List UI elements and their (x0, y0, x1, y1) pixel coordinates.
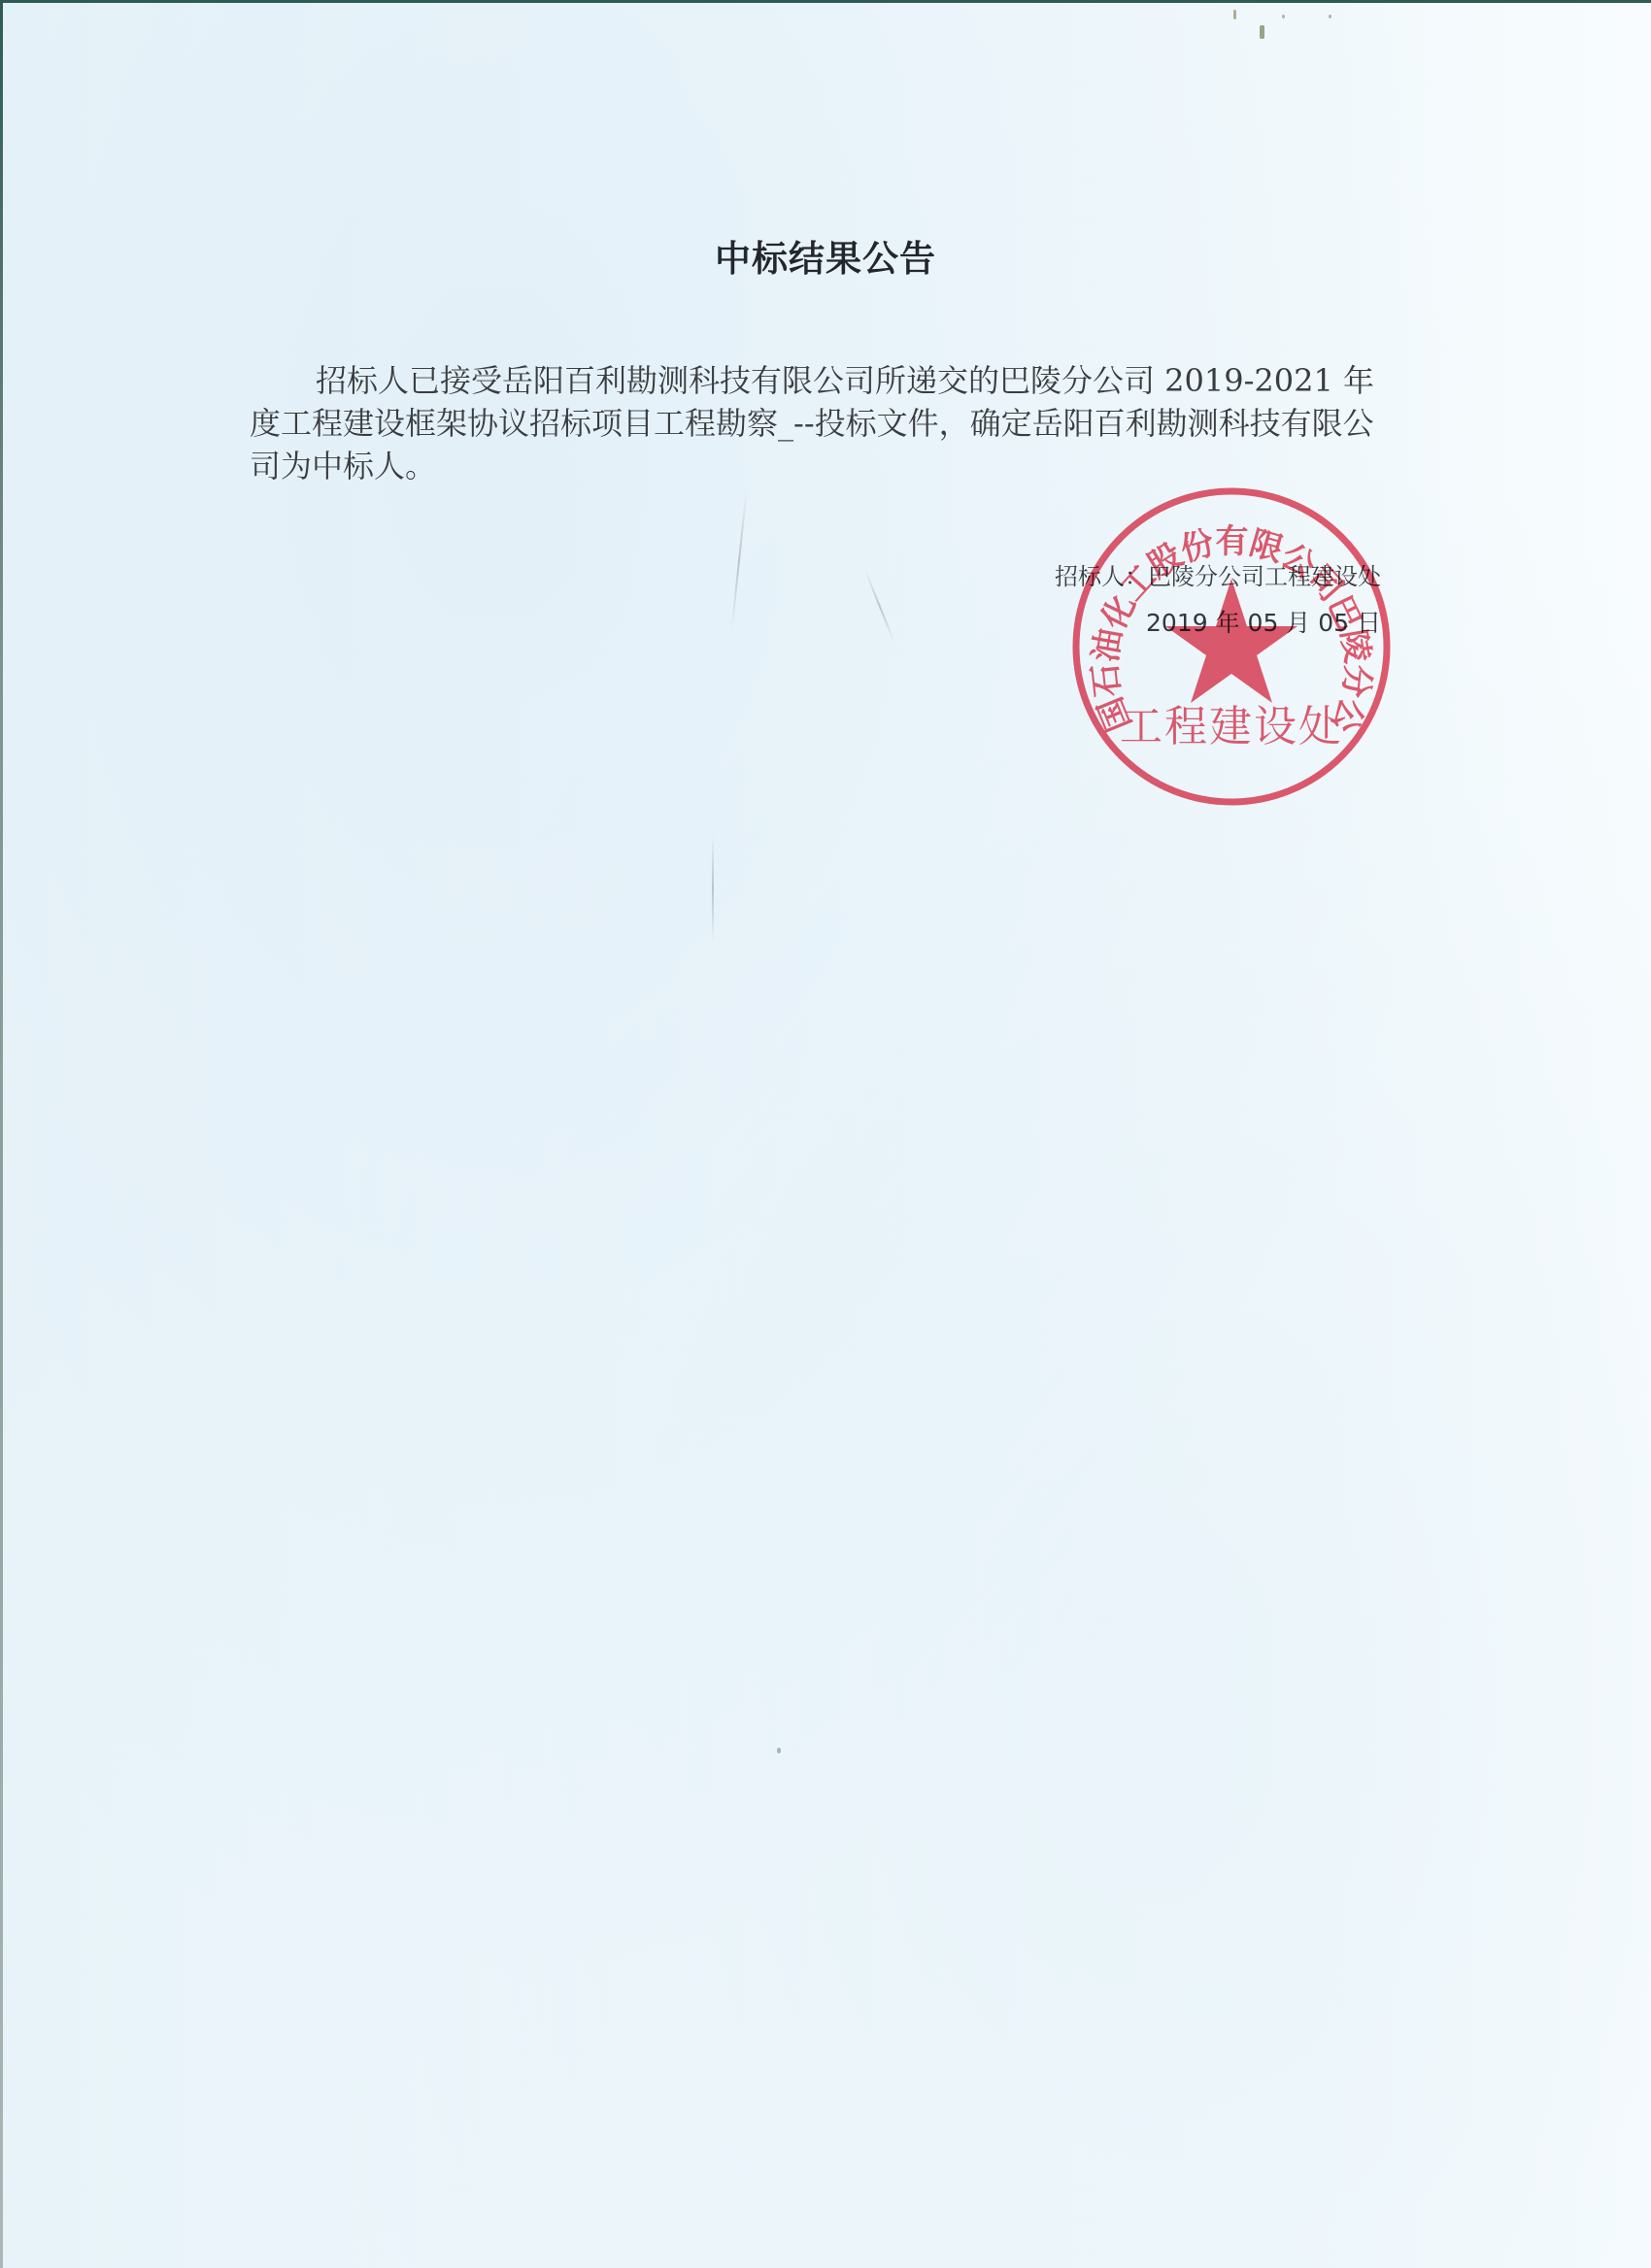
scan-speck (777, 1748, 781, 1753)
scan-speck (1329, 15, 1331, 18)
announcement-paragraph: 招标人已接受岳阳百利勘测科技有限公司所递交的巴陵分公司 2019-2021 年度… (250, 359, 1386, 487)
scan-speck (1260, 25, 1264, 39)
seal-bottom-text: 工程建设处 (1120, 702, 1343, 751)
star-icon (1165, 579, 1297, 703)
paper-background (0, 0, 1651, 2268)
scan-edge-left (0, 0, 3, 2268)
page-title: 中标结果公告 (0, 229, 1651, 282)
scan-speck (1233, 10, 1236, 19)
scan-edge-top (0, 0, 1651, 3)
scan-speck (1282, 15, 1285, 18)
official-seal: 中国石油化工股份有限公司巴陵分公司 工程建设处 (1071, 486, 1392, 807)
scan-scratch (712, 835, 714, 942)
announcement-body: 招标人已接受岳阳百利勘测科技有限公司所递交的巴陵分公司 2019-2021 年度… (250, 359, 1386, 487)
